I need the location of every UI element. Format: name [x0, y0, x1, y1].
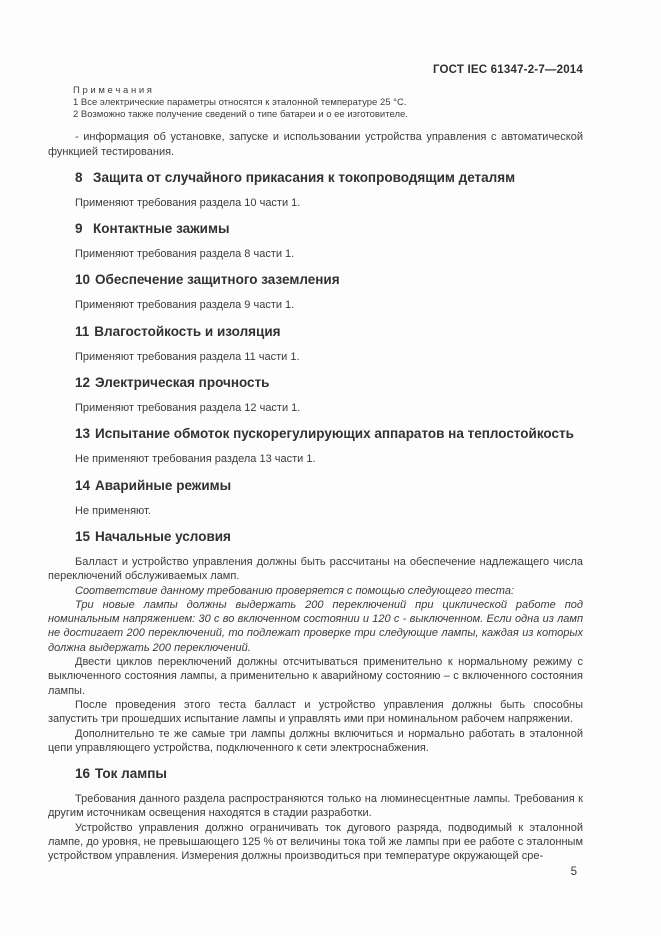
paragraph: Требования данного раздела распространяю…: [48, 792, 583, 821]
section-number: 16: [75, 766, 90, 782]
section-9: 9Контактные зажимы Применяют требования …: [48, 221, 583, 261]
notes-block: П р и м е ч а н и я 1 Все электрические …: [73, 85, 583, 120]
paragraph: Не применяют требования раздела 13 части…: [48, 452, 583, 466]
paragraph: Не применяют.: [48, 504, 583, 518]
paragraph-italic: Соответствие данному требованию проверяе…: [48, 584, 583, 598]
paragraph: Применяют требования раздела 10 части 1.: [48, 196, 583, 210]
page-number: 5: [48, 866, 583, 878]
section-title: Электрическая прочность: [95, 375, 269, 390]
section-16-heading: 16Ток лампы: [75, 766, 583, 782]
intro-block: - информация об установке, запуске и исп…: [48, 130, 583, 159]
doc-header: ГОСТ IEC 61347-2-7—2014: [48, 64, 583, 77]
paragraph: Применяют требования раздела 8 части 1.: [48, 247, 583, 261]
section-15-heading: 15Начальные условия: [75, 529, 583, 545]
paragraph: После проведения этого теста балласт и у…: [48, 698, 583, 727]
section-title: Ток лампы: [95, 766, 167, 781]
section-11: 11Влагостойкость и изоляция Применяют тр…: [48, 324, 583, 364]
section-number: 10: [75, 272, 90, 288]
section-8: 8Защита от случайного прикасания к токоп…: [48, 170, 583, 210]
section-12-heading: 12Электрическая прочность: [75, 375, 583, 391]
intro-paragraph: - информация об установке, запуске и исп…: [48, 130, 583, 159]
section-title: Обеспечение защитного заземления: [95, 272, 340, 287]
section-title: Испытание обмоток пускорегулирующих аппа…: [95, 426, 574, 441]
paragraph: Дополнительно те же самые три лампы долж…: [48, 727, 583, 756]
section-9-heading: 9Контактные зажимы: [75, 221, 583, 237]
paragraph-italic: Три новые лампы должны выдержать 200 пер…: [48, 598, 583, 655]
paragraph: Применяют требования раздела 11 части 1.: [48, 350, 583, 364]
section-number: 14: [75, 478, 90, 494]
section-10-heading: 10Обеспечение защитного заземления: [75, 272, 583, 288]
section-14-heading: 14Аварийные режимы: [75, 478, 583, 494]
section-number: 9: [75, 221, 88, 237]
section-15: 15Начальные условия Балласт и устройство…: [48, 529, 583, 755]
section-number: 13: [75, 426, 90, 442]
section-number: 12: [75, 375, 90, 391]
note-item: 1 Все электрические параметры относятся …: [73, 97, 583, 109]
section-number: 11: [75, 324, 89, 340]
note-item: 2 Возможно также получение сведений о ти…: [73, 109, 583, 121]
section-title: Начальные условия: [95, 529, 231, 544]
section-8-heading: 8Защита от случайного прикасания к токоп…: [75, 170, 583, 186]
section-11-heading: 11Влагостойкость и изоляция: [75, 324, 583, 340]
section-title: Защита от случайного прикасания к токопр…: [93, 170, 515, 185]
section-13-heading: 13Испытание обмоток пускорегулирующих ап…: [75, 426, 583, 442]
paragraph: Устройство управления должно ограничиват…: [48, 821, 583, 864]
section-16: 16Ток лампы Требования данного раздела р…: [48, 766, 583, 863]
paragraph: Балласт и устройство управления должны б…: [48, 555, 583, 584]
section-number: 8: [75, 170, 88, 186]
section-title: Контактные зажимы: [93, 221, 230, 236]
section-title: Влагостойкость и изоляция: [94, 324, 280, 339]
paragraph: Двести циклов переключений должны отсчит…: [48, 655, 583, 698]
notes-title: П р и м е ч а н и я: [73, 85, 583, 97]
paragraph: Применяют требования раздела 12 части 1.: [48, 401, 583, 415]
paragraph: Применяют требования раздела 9 части 1.: [48, 298, 583, 312]
section-10: 10Обеспечение защитного заземления Приме…: [48, 272, 583, 312]
page-content: ГОСТ IEC 61347-2-7—2014 П р и м е ч а н …: [48, 64, 583, 878]
section-number: 15: [75, 529, 90, 545]
section-12: 12Электрическая прочность Применяют треб…: [48, 375, 583, 415]
section-14: 14Аварийные режимы Не применяют.: [48, 478, 583, 518]
document-page: ГОСТ IEC 61347-2-7—2014 П р и м е ч а н …: [0, 0, 661, 936]
section-title: Аварийные режимы: [95, 478, 231, 493]
section-13: 13Испытание обмоток пускорегулирующих ап…: [48, 426, 583, 466]
